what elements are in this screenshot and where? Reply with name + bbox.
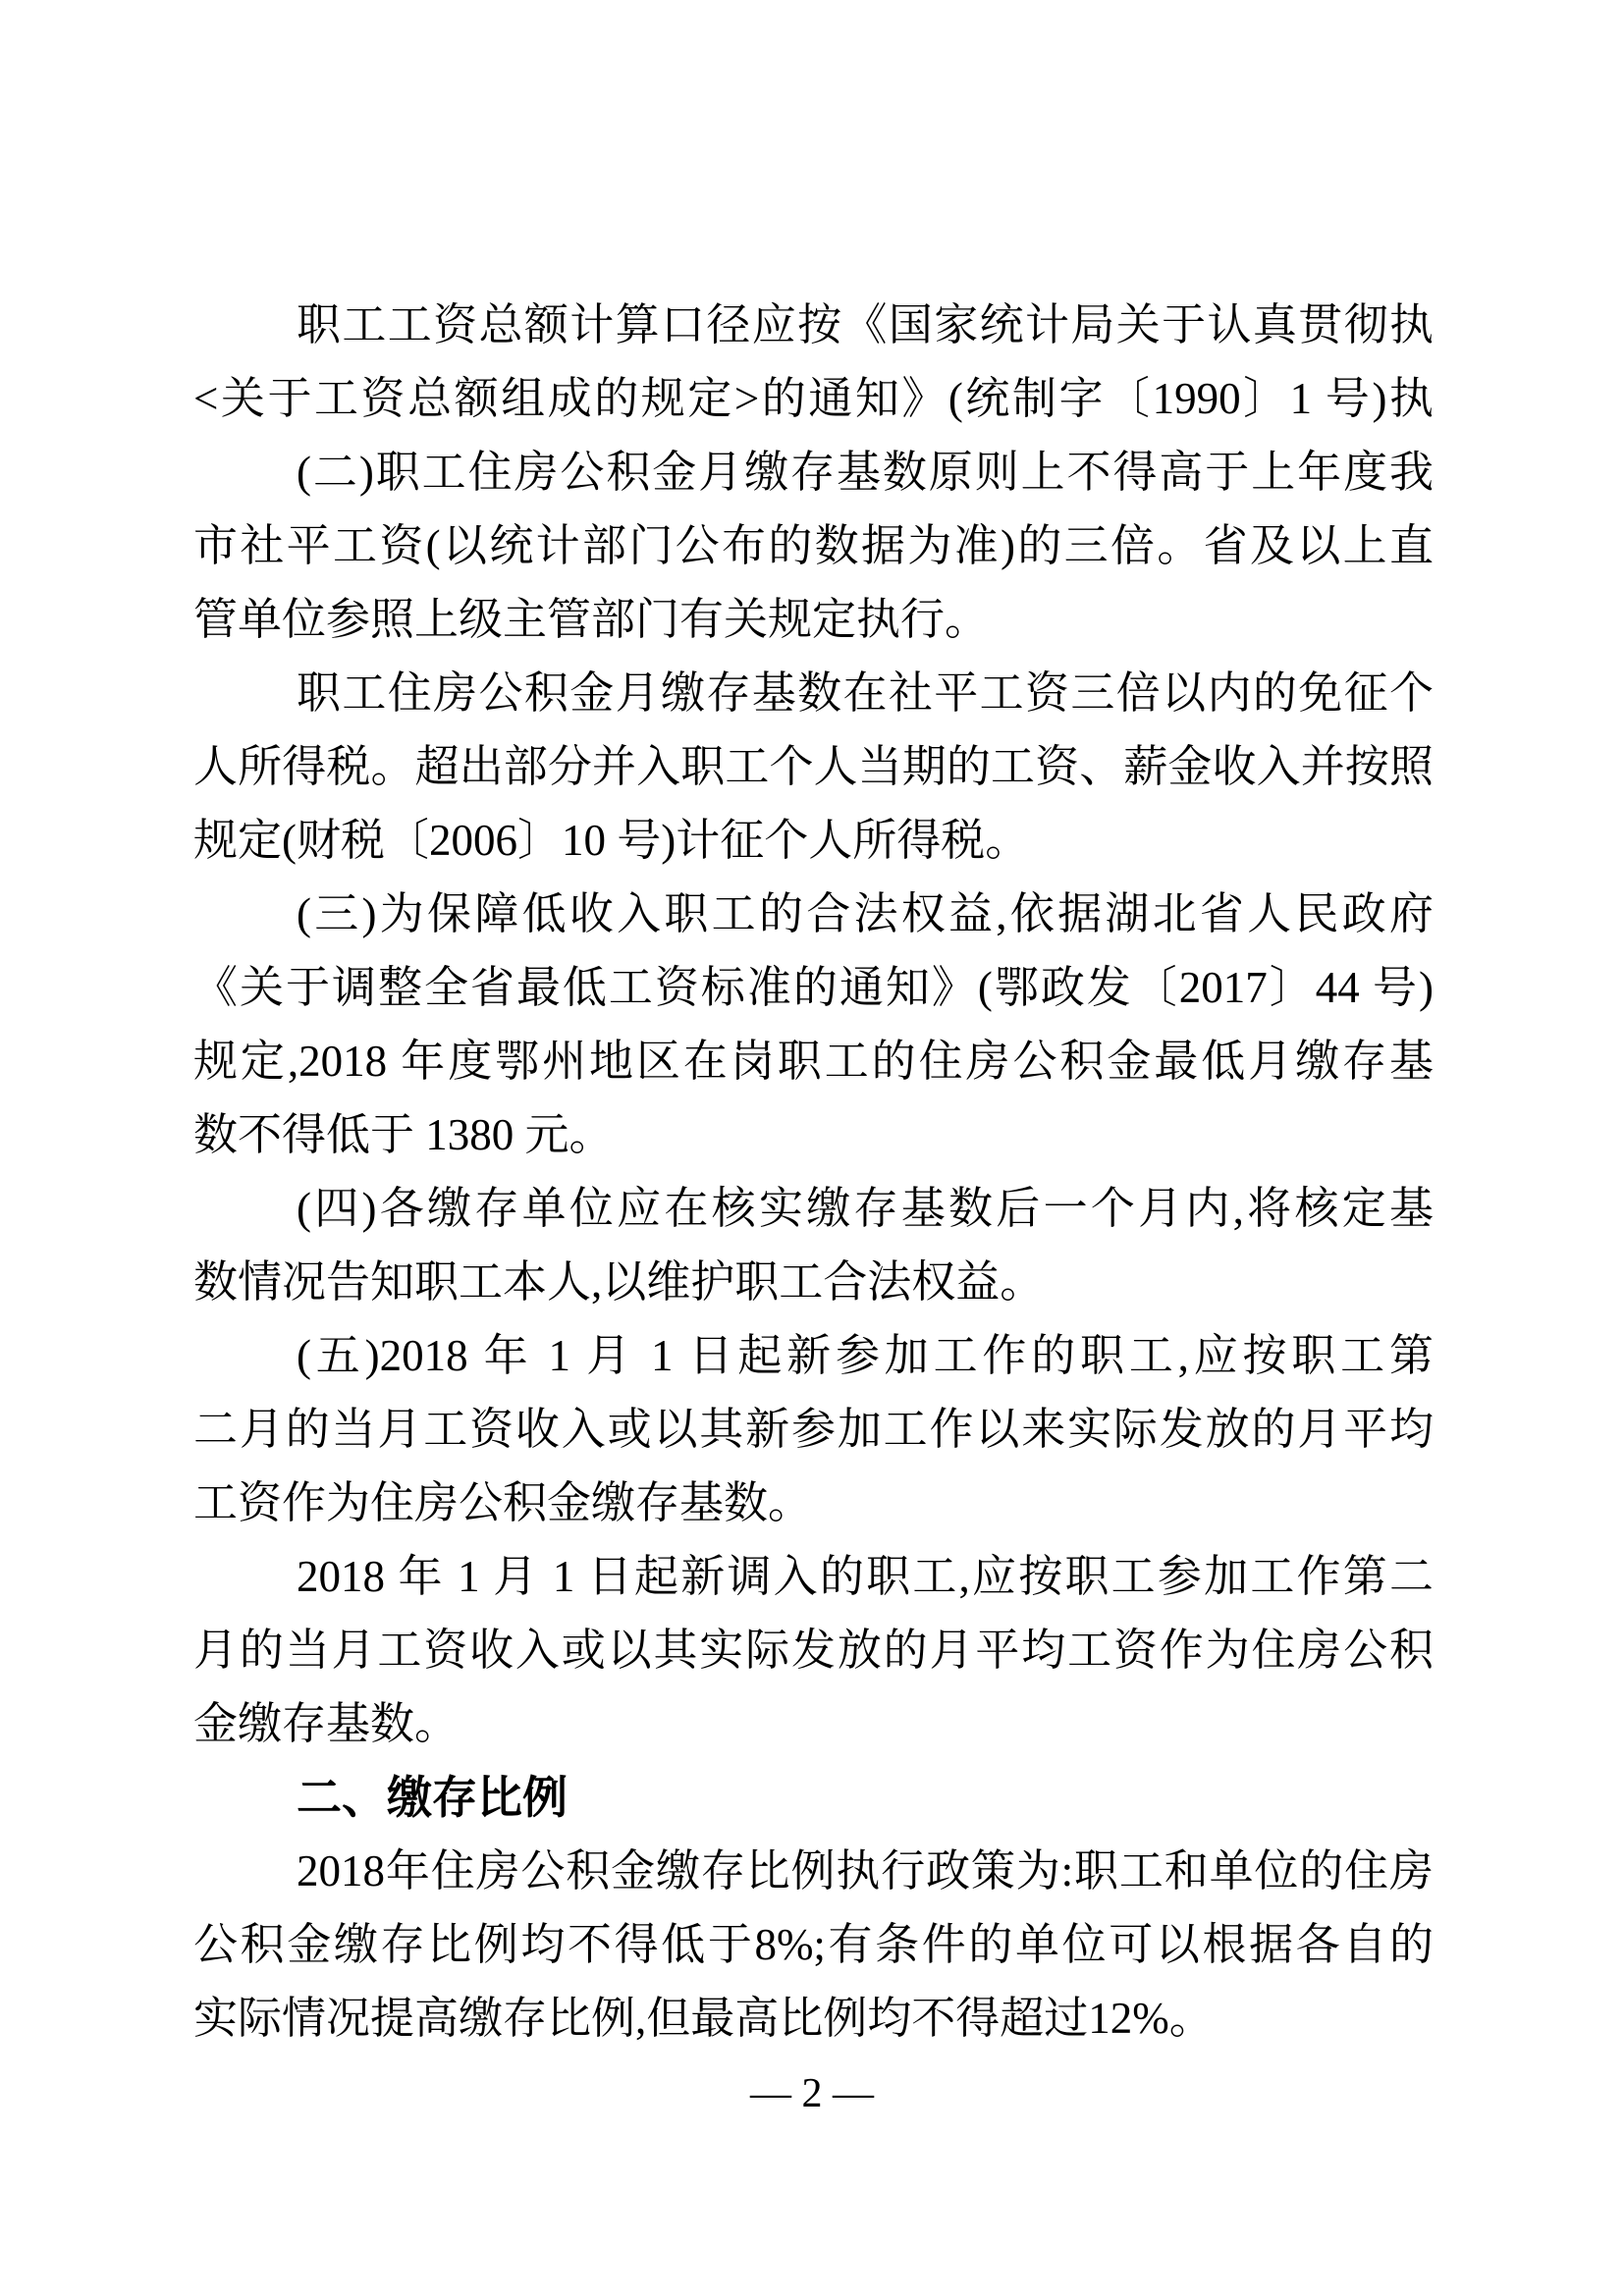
text-line: 职工住房公积金月缴存基数在社平工资三倍以内的免征个 — [193, 657, 1434, 730]
text-line: <关于工资总额组成的规定>的通知》(统制字〔1990〕1 号)执行。 — [193, 362, 1434, 436]
text-line: 数情况告知职工本人,以维护职工合法权益。 — [193, 1246, 1434, 1319]
text-line: 规定(财税〔2006〕10 号)计征个人所得税。 — [193, 804, 1434, 878]
text-line: 2018 年 1 月 1 日起新调入的职工,应按职工参加工作第二 — [193, 1540, 1434, 1614]
text-line: 实际情况提高缴存比例,但最高比例均不得超过12%。 — [193, 1982, 1434, 2056]
text-line: (五)2018 年 1 月 1 日起新参加工作的职工,应按职工第 — [193, 1319, 1434, 1393]
text-line: 管单位参照上级主管部门有关规定执行。 — [193, 583, 1434, 657]
text-line: 2018年住房公积金缴存比例执行政策为:职工和单位的住房 — [193, 1835, 1434, 1908]
text-line: 职工工资总额计算口径应按《国家统计局关于认真贯彻执行 — [193, 289, 1434, 362]
text-line: 《关于调整全省最低工资标准的通知》(鄂政发〔2017〕44 号) — [193, 951, 1434, 1025]
text-line: 数不得低于 1380 元。 — [193, 1098, 1434, 1172]
text-line: 公积金缴存比例均不得低于8%;有条件的单位可以根据各自的 — [193, 1908, 1434, 1982]
page-number: — 2 — — [0, 2059, 1624, 2128]
text-line: 二月的当月工资收入或以其新参加工作以来实际发放的月平均 — [193, 1393, 1434, 1467]
text-line: 人所得税。超出部分并入职工个人当期的工资、薪金收入并按照 — [193, 730, 1434, 804]
text-line: 市社平工资(以统计部门公布的数据为准)的三倍。省及以上直 — [193, 509, 1434, 583]
section-heading-contribution-ratio: 二、缴存比例 — [193, 1761, 1434, 1835]
document-page: 职工工资总额计算口径应按《国家统计局关于认真贯彻执行 <关于工资总额组成的规定>… — [0, 0, 1624, 2296]
text-line: (四)各缴存单位应在核实缴存基数后一个月内,将核定基 — [193, 1172, 1434, 1246]
text-block: 职工工资总额计算口径应按《国家统计局关于认真贯彻执行 <关于工资总额组成的规定>… — [193, 289, 1434, 2056]
text-line: (二)职工住房公积金月缴存基数原则上不得高于上年度我 — [193, 436, 1434, 509]
text-line: 金缴存基数。 — [193, 1687, 1434, 1761]
text-line: 工资作为住房公积金缴存基数。 — [193, 1467, 1434, 1540]
text-line: 规定,2018 年度鄂州地区在岗职工的住房公积金最低月缴存基 — [193, 1025, 1434, 1098]
text-line: (三)为保障低收入职工的合法权益,依据湖北省人民政府 — [193, 878, 1434, 951]
text-line: 月的当月工资收入或以其实际发放的月平均工资作为住房公积 — [193, 1614, 1434, 1687]
